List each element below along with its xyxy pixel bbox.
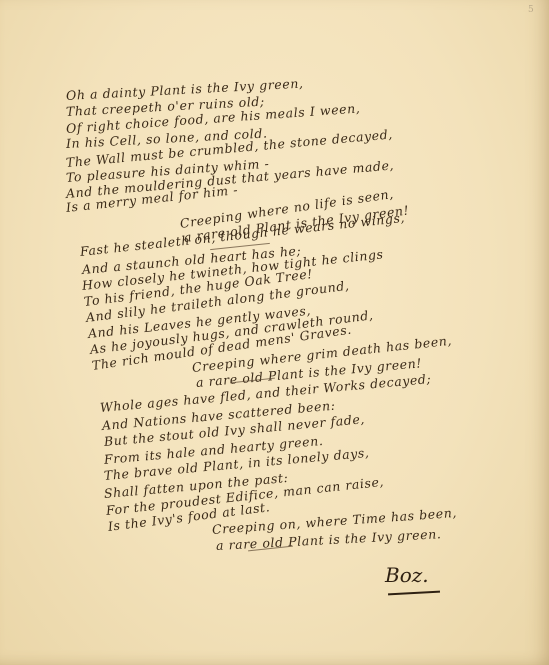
- page-number: 5: [528, 5, 534, 15]
- signature-underline: [388, 591, 440, 595]
- signature: Boz.: [385, 563, 429, 587]
- manuscript-page: 5 Oh a dainty Plant is the Ivy green, Th…: [0, 0, 549, 665]
